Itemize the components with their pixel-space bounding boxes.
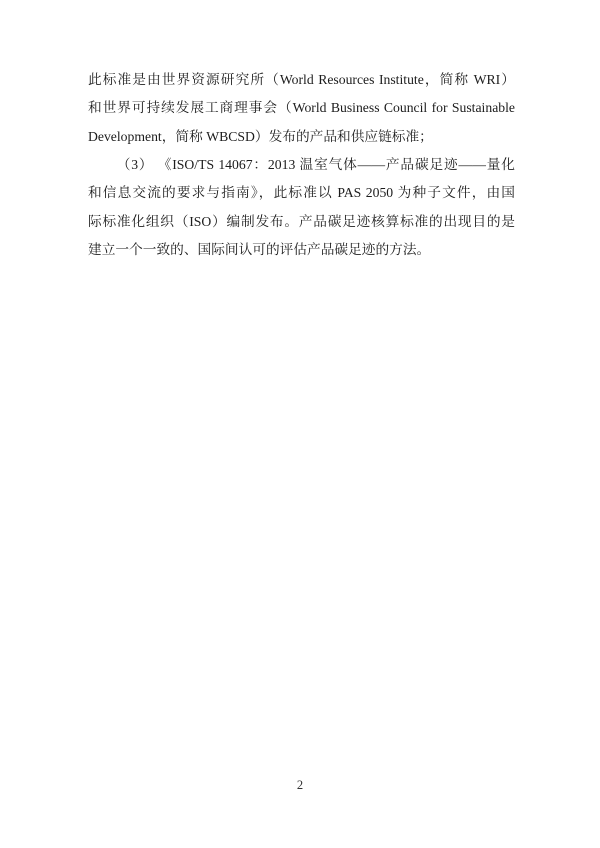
page-number: 2 bbox=[0, 778, 600, 792]
text-line-3: Development，简称 WBCSD）发布的产品和供应链标准； bbox=[88, 123, 515, 151]
document-page: 此标准是由世界资源研究所（World Resources Institute，简… bbox=[0, 0, 600, 848]
text-line-7: 建立一个一致的、国际间认可的评估产品碳足迹的方法。 bbox=[88, 236, 515, 264]
text-line-4: （3） 《ISO/TS 14067：2013 温室气体——产品碳足迹——量化 bbox=[88, 151, 515, 179]
text-line-2: 和世界可持续发展工商理事会（World Business Council for… bbox=[88, 94, 515, 122]
text-line-5: 和信息交流的要求与指南》，此标准以 PAS 2050 为种子文件，由国 bbox=[88, 179, 515, 207]
document-body: 此标准是由世界资源研究所（World Resources Institute，简… bbox=[88, 66, 515, 264]
text-line-1: 此标准是由世界资源研究所（World Resources Institute，简… bbox=[88, 66, 515, 94]
text-line-6: 际标准化组织（ISO）编制发布。产品碳足迹核算标准的出现目的是 bbox=[88, 208, 515, 236]
